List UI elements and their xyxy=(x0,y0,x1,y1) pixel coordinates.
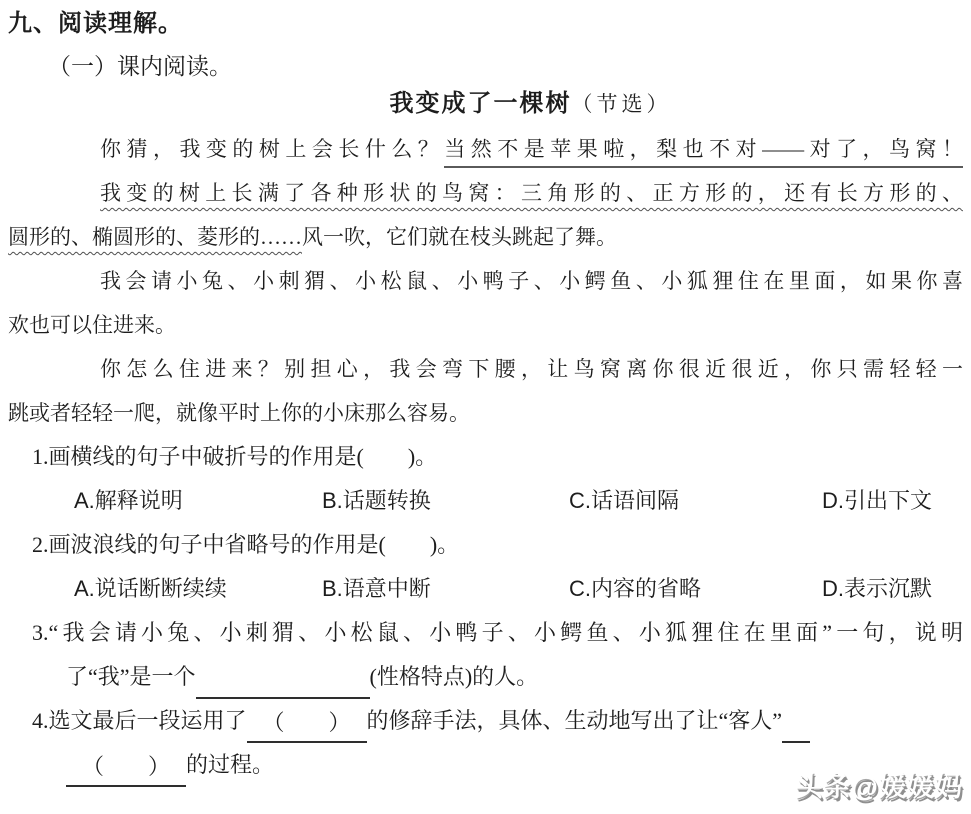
questions-section: 1.画横线的句子中破折号的作用是( )。 A.解释说明 B.话题转换 C.话语间… xyxy=(8,435,963,787)
passage-paragraph-4-line-1: 你怎么住进来？别担心，我会弯下腰，让鸟窝离你很近很近，你只需轻轻一 xyxy=(8,347,963,391)
reading-passage: 你猜，我变的树上会长什么？当然不是苹果啦，梨也不对——对了，鸟窝！ 我变的树上长… xyxy=(8,127,963,435)
passage-text: 欢也可以住进来。 xyxy=(8,313,176,337)
passage-text: 你猜，我变的树上会长什么？ xyxy=(100,137,444,161)
answer-blank xyxy=(196,661,370,699)
answer-blank-wrap-fragment xyxy=(782,705,810,743)
answer-blank-parens: （ ） xyxy=(247,703,367,743)
question-2-stem: 2.画波浪线的句子中省略号的作用是( )。 xyxy=(8,523,963,567)
passage-paragraph-2-line-1: 我变的树上长满了各种形状的鸟窝：三角形的、正方形的，还有长方形的、 xyxy=(8,171,963,215)
question-4-line-1: 4.选文最后一段运用了（ ）的修辞手法，具体、生动地写出了让“客人” xyxy=(8,699,963,743)
question-text: 的过程。 xyxy=(186,752,274,777)
subsection-heading: （一）课内阅读。 xyxy=(48,52,963,82)
wavy-underlined-sentence: 我变的树上长满了各种形状的鸟窝：三角形的、正方形的，还有长方形的、 xyxy=(100,181,963,205)
passage-paragraph-1: 你猜，我变的树上会长什么？当然不是苹果啦，梨也不对——对了，鸟窝！ xyxy=(8,127,963,171)
question-1-option-b: B.话题转换 xyxy=(322,479,569,523)
question-3-line-2: 了“我”是一个(性格特点)的人。 xyxy=(8,655,963,699)
section-heading: 九、阅读理解。 xyxy=(8,8,963,40)
article-title-main: 我变成了一棵树 xyxy=(390,90,572,117)
answer-blank-parens: （ ） xyxy=(66,747,186,787)
underlined-sentence: 当然不是苹果啦，梨也不对——对了，鸟窝！ xyxy=(444,137,963,168)
question-text: 的修辞手法，具体、生动地写出了让“客人” xyxy=(367,708,783,733)
watermark: 头条@媛媛妈 xyxy=(796,765,963,804)
question-text: (性格特点)的人。 xyxy=(370,664,539,689)
question-1-option-c: C.话语间隔 xyxy=(569,479,822,523)
article-title: 我变成了一棵树（节选） xyxy=(8,88,963,123)
passage-text: 跳或者轻轻一爬，就像平时上你的小床那么容易。 xyxy=(8,401,470,425)
question-2-options: A.说话断断续续 B.语意中断 C.内容的省略 D.表示沉默 xyxy=(8,567,963,611)
question-2-option-a: A.说话断断续续 xyxy=(74,567,322,611)
question-1-options: A.解释说明 B.话题转换 C.话语间隔 D.引出下文 xyxy=(8,479,963,523)
question-3-line-1: 3.“我会请小兔、小刺猬、小松鼠、小鸭子、小鳄鱼、小狐狸住在里面”一句，说明 xyxy=(8,611,963,655)
question-text: 4.选文最后一段运用了 xyxy=(32,708,247,733)
passage-paragraph-4-line-2: 跳或者轻轻一爬，就像平时上你的小床那么容易。 xyxy=(8,391,963,435)
question-2-option-c: C.内容的省略 xyxy=(569,567,822,611)
article-title-suffix: （节选） xyxy=(572,92,672,116)
question-2-option-d: D.表示沉默 xyxy=(822,567,963,611)
passage-text: 我会请小兔、小刺猬、小松鼠、小鸭子、小鳄鱼、小狐狸住在里面，如果你喜 xyxy=(100,269,963,293)
question-2-option-b: B.语意中断 xyxy=(322,567,569,611)
question-1-option-d: D.引出下文 xyxy=(822,479,963,523)
question-1-stem: 1.画横线的句子中破折号的作用是( )。 xyxy=(8,435,963,479)
question-1-option-a: A.解释说明 xyxy=(74,479,322,523)
worksheet-page: 九、阅读理解。 （一）课内阅读。 我变成了一棵树（节选） 你猜，我变的树上会长什… xyxy=(0,0,971,814)
passage-paragraph-3-line-2: 欢也可以住进来。 xyxy=(8,303,963,347)
passage-paragraph-3-line-1: 我会请小兔、小刺猬、小松鼠、小鸭子、小鳄鱼、小狐狸住在里面，如果你喜 xyxy=(8,259,963,303)
question-text: 了“我”是一个 xyxy=(66,664,196,689)
passage-text: 风一吹，它们就在枝头跳起了舞。 xyxy=(302,225,617,249)
passage-paragraph-2-line-2: 圆形的、椭圆形的、菱形的……风一吹，它们就在枝头跳起了舞。 xyxy=(8,215,963,259)
wavy-underlined-sentence: 圆形的、椭圆形的、菱形的…… xyxy=(8,225,302,249)
passage-text: 你怎么住进来？别担心，我会弯下腰，让鸟窝离你很近很近，你只需轻轻一 xyxy=(100,357,963,381)
